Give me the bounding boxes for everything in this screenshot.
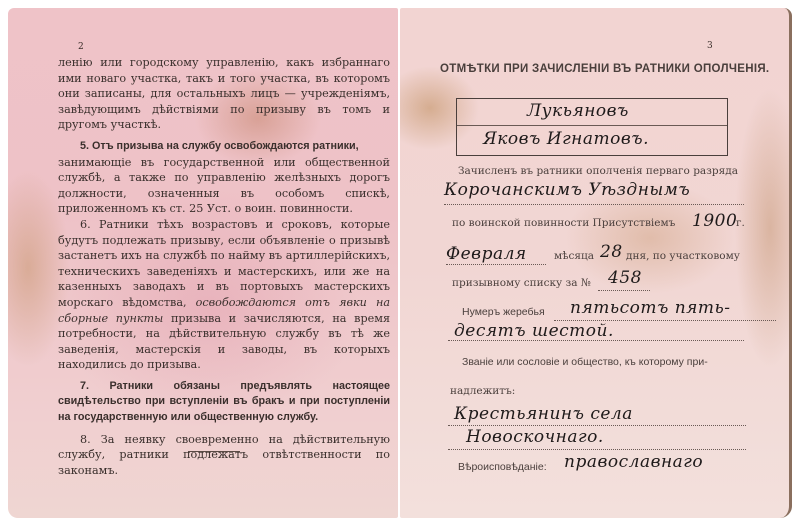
name-box-divider xyxy=(457,125,727,126)
religion-label: Вѣроисповѣданіе: xyxy=(458,461,547,473)
surname-handwritten: Лукьяновъ xyxy=(527,101,629,121)
day-label: дня, по участковому xyxy=(626,250,740,262)
section-title: ОТМѢТКИ ПРИ ЗАЧИСЛЕНІИ ВЪ РАТНИКИ ОПОЛЧЕ… xyxy=(440,63,769,75)
rank-label-1: Званіе или сословіе и общество, къ котор… xyxy=(462,356,708,368)
rank-handwritten-1: Крестьянинъ села xyxy=(454,404,633,424)
month-line xyxy=(446,264,546,265)
year-suffix: г. xyxy=(736,217,745,229)
right-page: 3 ОТМѢТКИ ПРИ ЗАЧИСЛЕНІИ ВЪ РАТНИКИ ОПОЛ… xyxy=(400,8,792,518)
paragraph-continuation: ленію или городскому управленію, какъ из… xyxy=(58,55,390,133)
day-handwritten: 28 xyxy=(600,242,623,262)
list-number-line xyxy=(598,290,650,291)
item-5-heading: 5. Отъ призыва на службу освобождаются р… xyxy=(58,139,390,155)
month-handwritten: Февраля xyxy=(446,244,527,264)
left-page-body: ленію или городскому управленію, какъ из… xyxy=(58,55,390,478)
lot-handwritten-1: пятьсотъ пять- xyxy=(570,298,731,318)
list-number-handwritten: 458 xyxy=(608,268,642,288)
page-number: 3 xyxy=(707,41,713,51)
rank-line-1 xyxy=(448,425,746,426)
year-handwritten: 1900 xyxy=(692,211,737,231)
item-6-text: 6. Ратники тѣхъ возрастовъ и сроковъ, ко… xyxy=(58,217,390,373)
left-page: 2 ленію или городскому управленію, какъ … xyxy=(8,8,398,518)
divider-rule xyxy=(188,451,240,452)
name-box: Лукьяновъ Яковъ Игнатовъ. xyxy=(456,98,728,156)
rank-line-2 xyxy=(448,449,746,450)
item-5-text: занимающіе въ государственной или общест… xyxy=(58,155,390,217)
religion-handwritten: православнаго xyxy=(564,452,703,472)
page-number: 2 xyxy=(78,42,84,52)
district-handwritten: Корочанскимъ Уѣзднымъ xyxy=(444,180,690,200)
presence-label: по воинской повинности Присутствіемъ xyxy=(452,217,675,229)
lot-handwritten-2: десятъ шестой. xyxy=(454,321,614,341)
enlisted-label: Зачисленъ въ ратники ополченія перваго р… xyxy=(458,165,738,177)
given-names-handwritten: Яковъ Игнатовъ. xyxy=(483,129,649,149)
list-label: призывному списку за № xyxy=(452,277,591,289)
district-line xyxy=(444,204,744,205)
lot-line-2 xyxy=(448,340,744,341)
item-7-text: 7. Ратники обязаны предъявлять настоящее… xyxy=(58,379,390,426)
lot-label: Нумеръ жеребья xyxy=(462,306,545,318)
rank-label-2: надлежитъ: xyxy=(450,385,515,397)
rank-handwritten-2: Новоскочнаго. xyxy=(466,427,604,447)
month-label: мѣсяца xyxy=(554,250,594,262)
item-8-text: 8. За неявку своевременно на дѣйствитель… xyxy=(58,432,390,479)
